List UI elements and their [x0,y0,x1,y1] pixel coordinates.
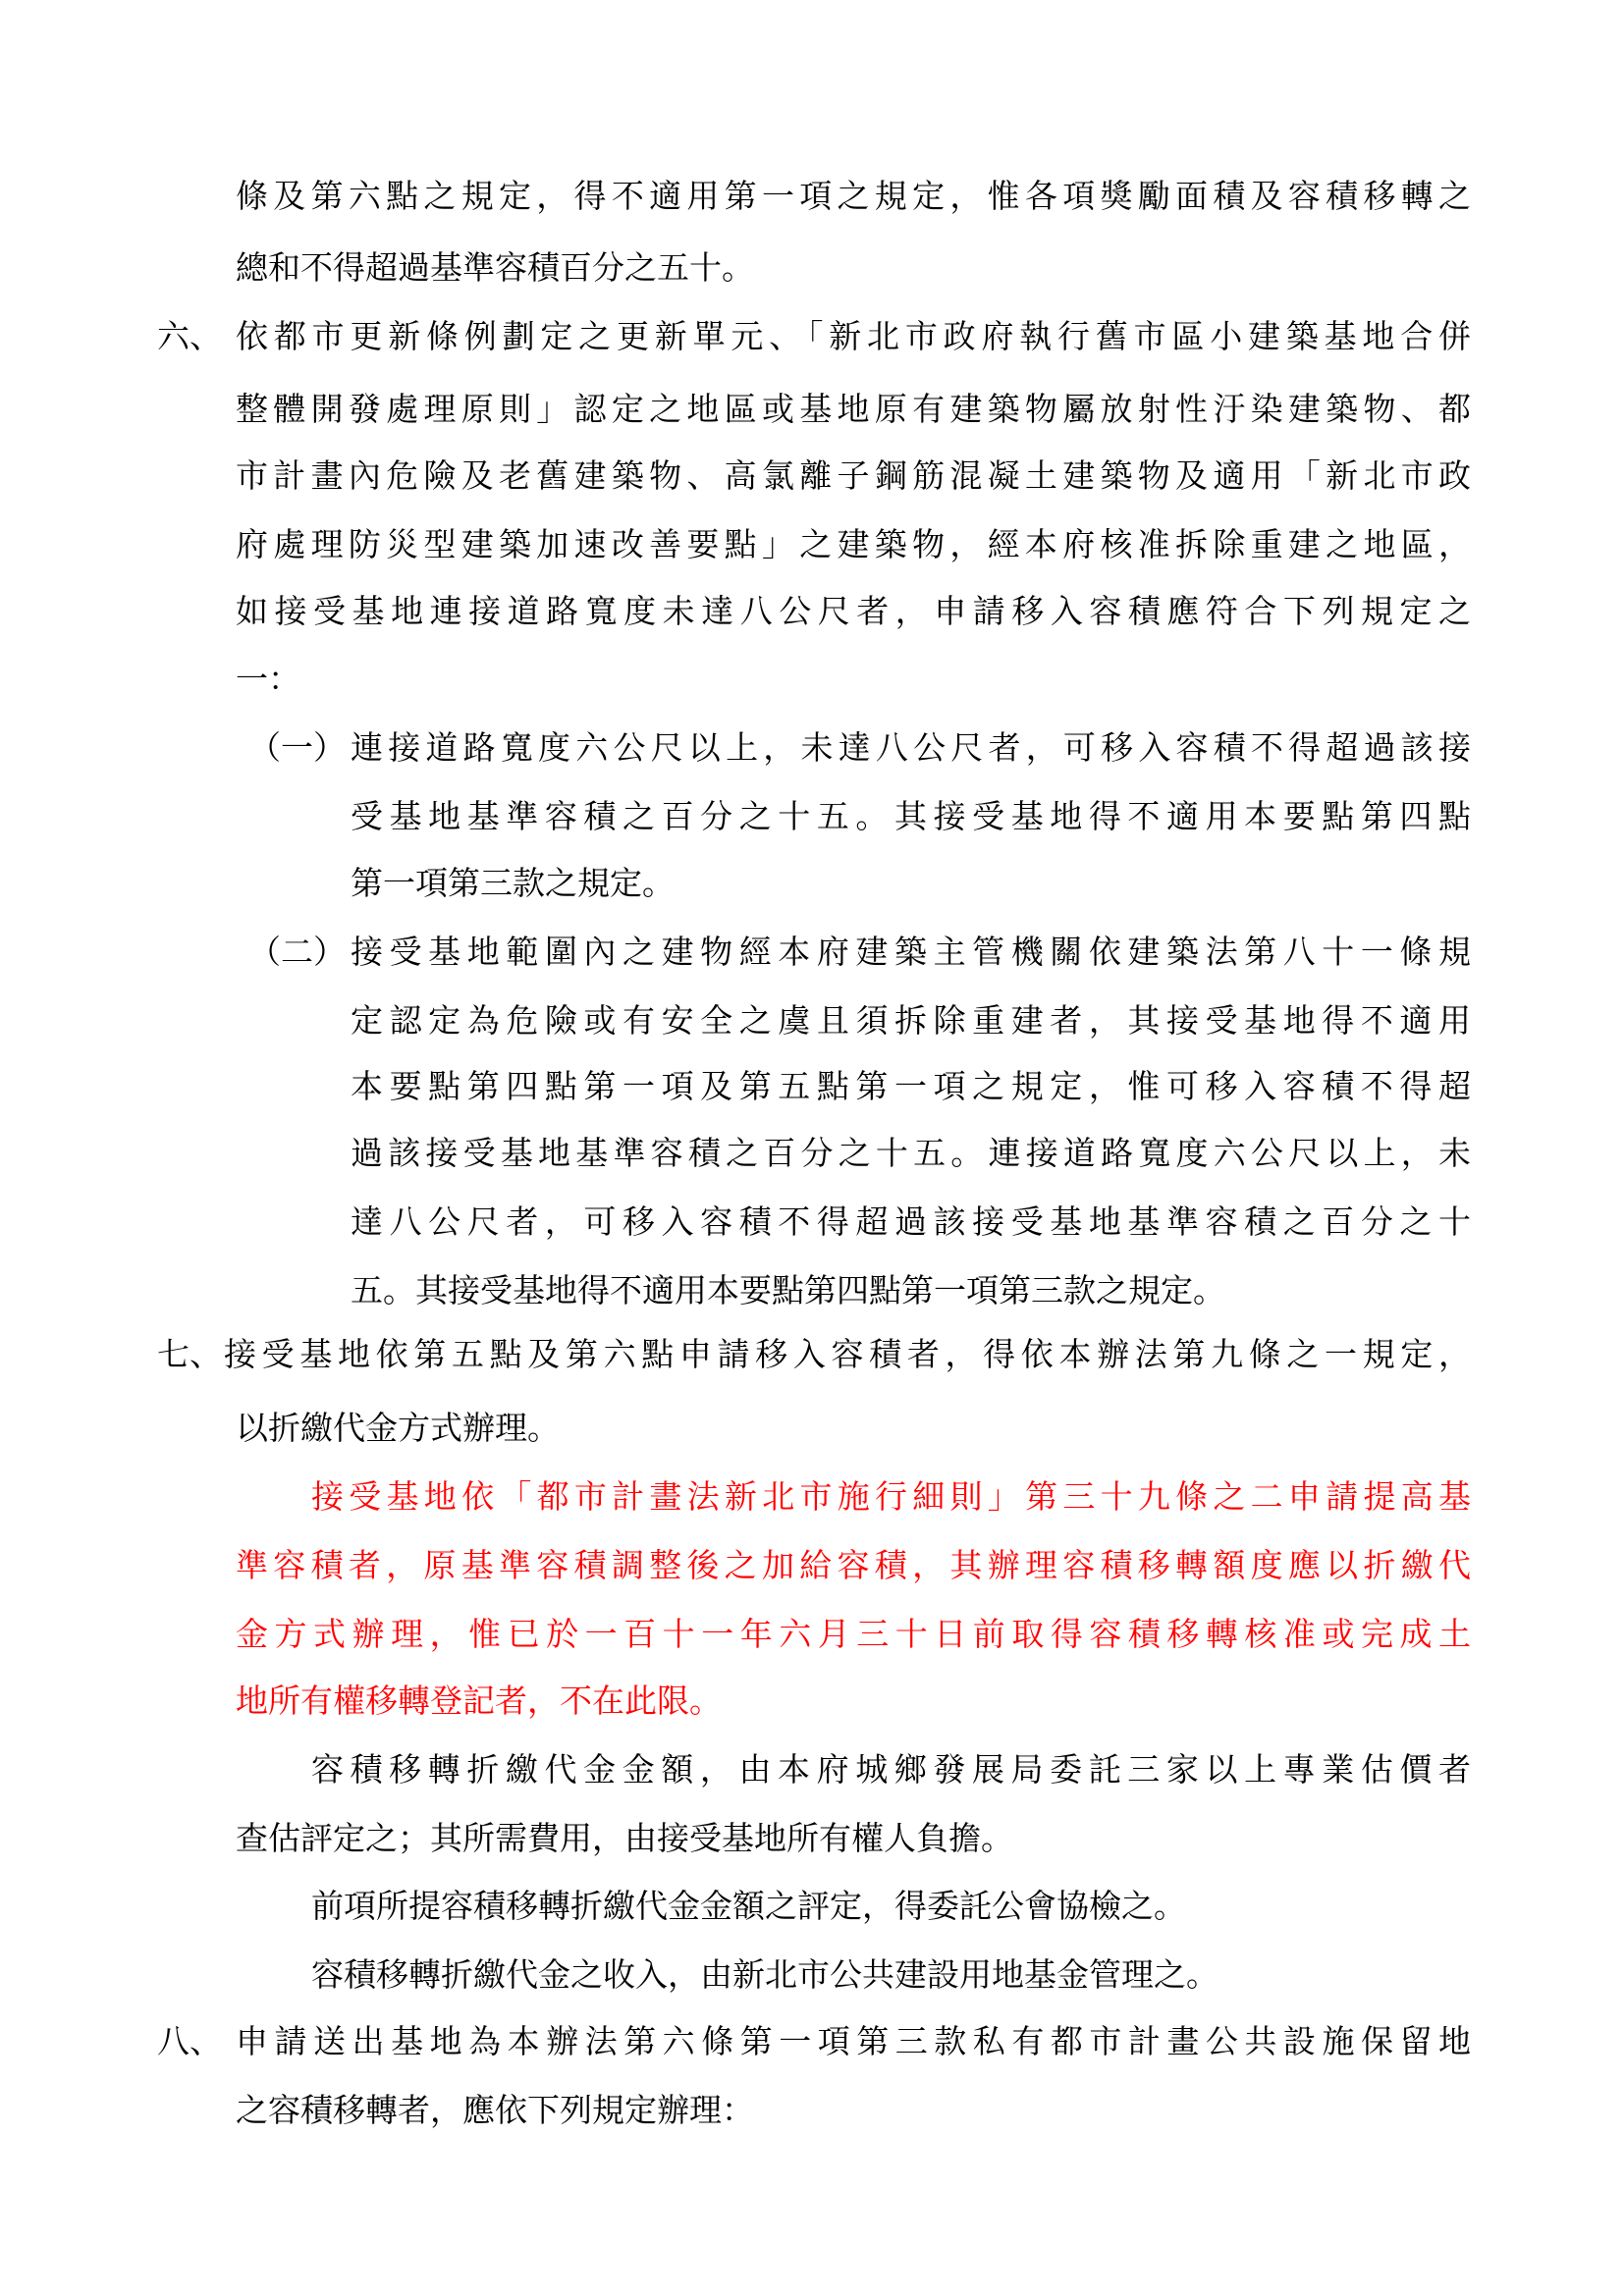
item-2-line: 過該接受基地基準容積之百分之十五。連接道路寬度六公尺以上，未 [351,1132,1471,1175]
section-6-line: 市計畫內危險及老舊建築物、高氯離子鋼筋混凝土建築物及適用「新北市政 [236,454,1471,498]
item-2-line: 定認定為危險或有安全之虞且須拆除重建者，其接受基地得不適用 [351,999,1471,1042]
section-6-line: 如接受基地連接道路寬度未達八公尺者，申請移入容積應符合下列規定之 [236,590,1471,633]
paragraph-line: 容積移轉折繳代金之收入，由新北市公共建設用地基金管理之。 [311,1953,1218,1997]
paragraph-line: 總和不得超過基準容積百分之五十。 [236,246,754,290]
section-8-line: 申請送出基地為本辦法第六條第一項第三款私有都市計畫公共設施保留地 [236,2020,1471,2063]
section-7-line: 以折繳代金方式辦理。 [236,1407,560,1450]
item-1-line: 第一項第三款之規定。 [351,862,675,905]
section-marker-6: 六、 [157,315,222,358]
amendment-line: 金方式辦理，惟已於一百十一年六月三十日前取得容積移轉核准或完成土 [236,1613,1471,1656]
paragraph-line: 條及第六點之規定，得不適用第一項之規定，惟各項獎勵面積及容積移轉之 [236,175,1471,218]
section-8-line: 之容積移轉者，應依下列規定辦理： [236,2089,754,2132]
item-marker-2: （二） [248,931,346,974]
amendment-line: 接受基地依「都市計畫法新北市施行細則」第三十九條之二申請提高基 [311,1475,1471,1519]
item-marker-1: （一） [248,726,346,770]
item-2-line: 達八公尺者，可移入容積不得超過該接受基地基準容積之百分之十 [351,1201,1471,1244]
item-2-line: 五。其接受基地得不適用本要點第四點第一項第三款之規定。 [351,1269,1225,1312]
document-page: 條及第六點之規定，得不適用第一項之規定，惟各項獎勵面積及容積移轉之 總和不得超過… [0,0,1624,2296]
paragraph-line: 前項所提容積移轉折繳代金金額之評定，得委託公會協檢之。 [311,1885,1186,1928]
item-2-line: 本要點第四點第一項及第五點第一項之規定，惟可移入容積不得超 [351,1065,1471,1108]
section-6-line: 整體開發處理原則」認定之地區或基地原有建築物屬放射性汙染建築物、都 [236,388,1471,431]
item-1-line: 連接道路寬度六公尺以上，未達八公尺者，可移入容積不得超過該接 [351,726,1471,770]
section-marker-8: 八、 [157,2020,222,2063]
section-6-line: 一： [236,658,300,701]
paragraph-line: 查估評定之；其所需費用，由接受基地所有權人負擔。 [236,1817,1013,1860]
item-2-line: 接受基地範圍內之建物經本府建築主管機關依建築法第八十一條規 [351,931,1471,974]
section-7-line: 接受基地依第五點及第六點申請移入容積者，得依本辦法第九條之一規定， [224,1333,1471,1376]
amendment-line: 地所有權移轉登記者，不在此限。 [236,1680,722,1723]
section-6-line: 依都市更新條例劃定之更新單元、「新北市政府執行舊市區小建築基地合併 [236,315,1471,358]
section-marker-7: 七、 [157,1333,222,1376]
section-6-line: 府處理防災型建築加速改善要點」之建築物，經本府核准拆除重建之地區， [236,523,1471,566]
amendment-line: 準容積者，原基準容積調整後之加給容積，其辦理容積移轉額度應以折繳代 [236,1544,1471,1587]
paragraph-line: 容積移轉折繳代金金額，由本府城鄉發展局委託三家以上專業估價者 [311,1748,1471,1791]
item-1-line: 受基地基準容積之百分之十五。其接受基地得不適用本要點第四點 [351,795,1471,838]
